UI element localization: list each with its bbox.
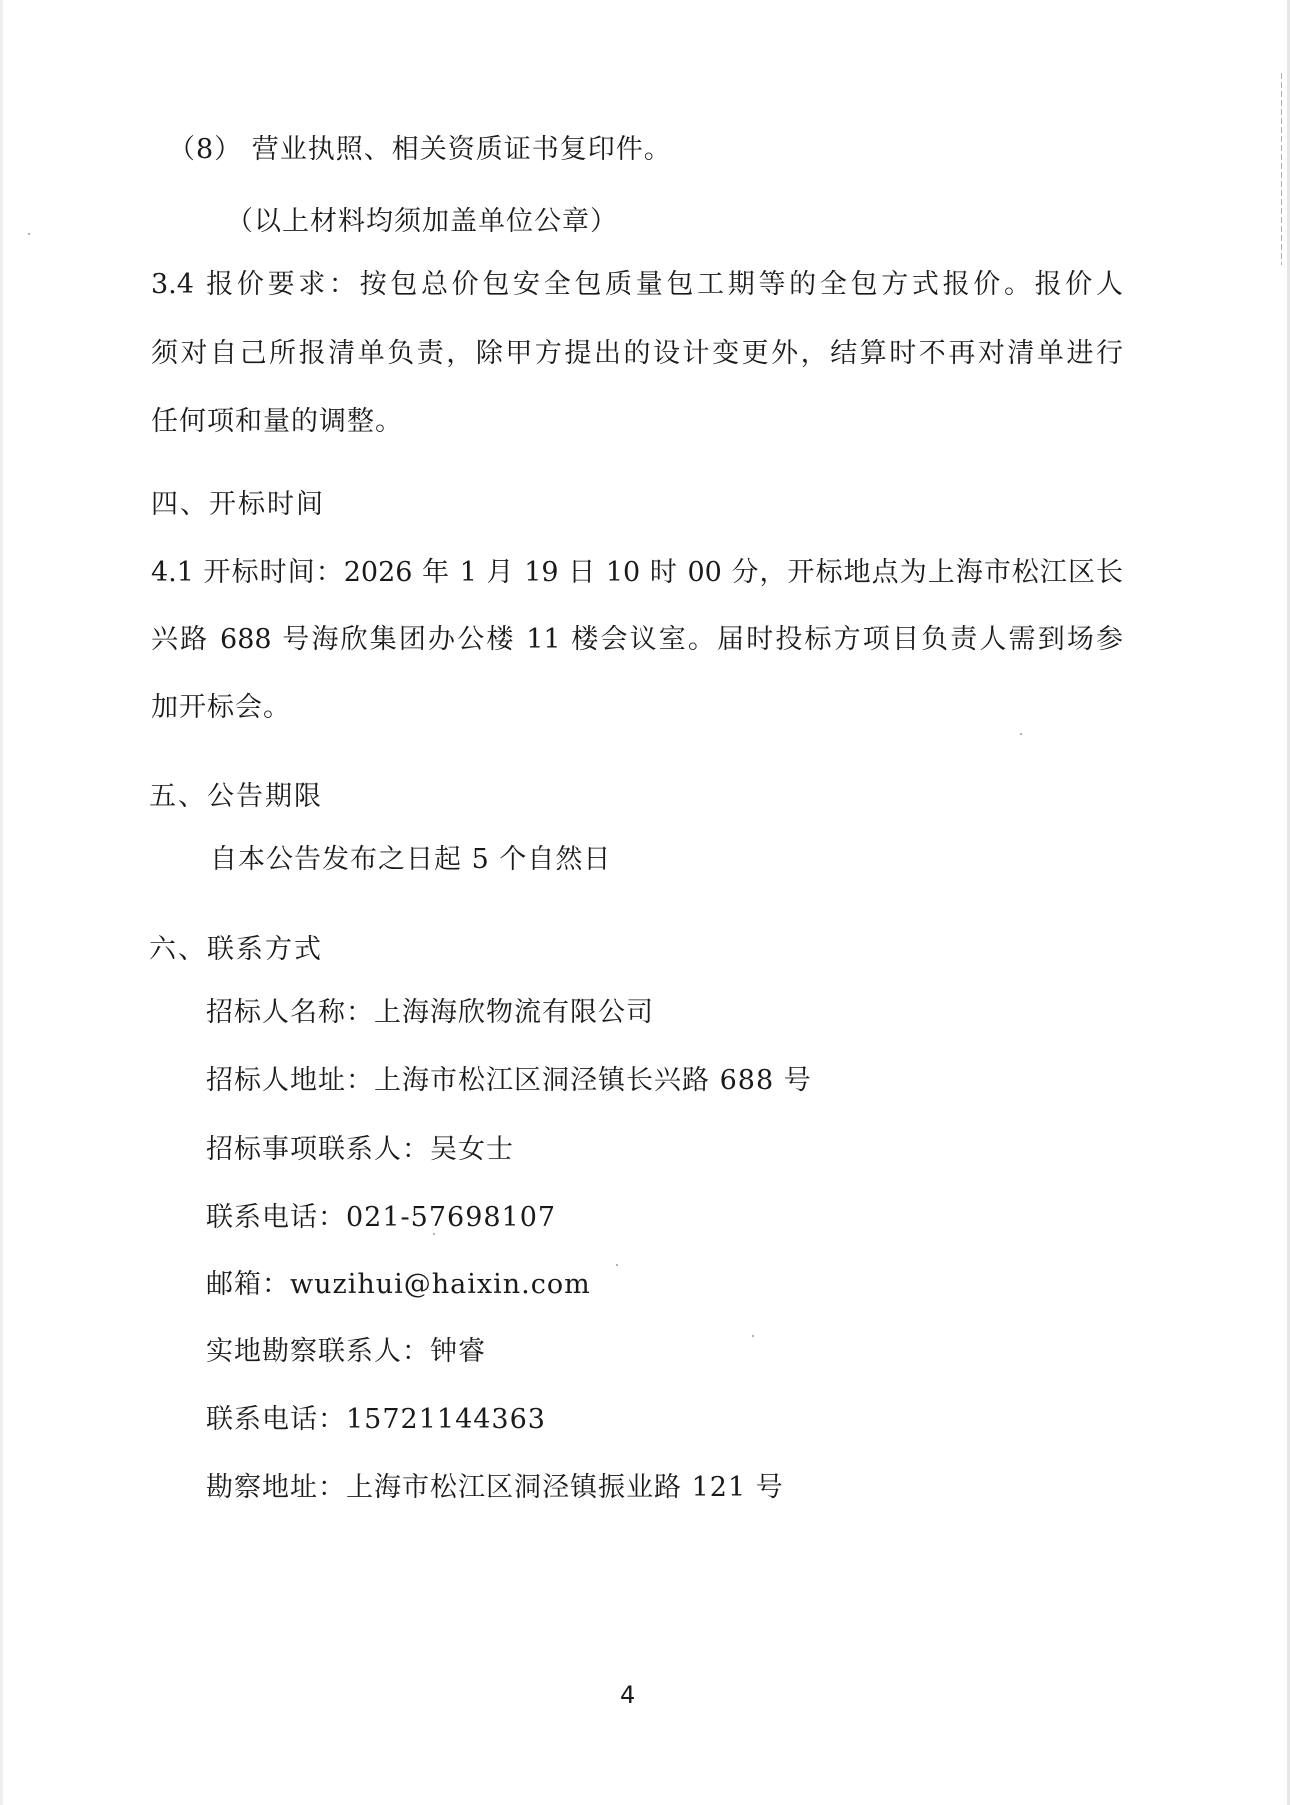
contact-label: 实地勘察联系人： (206, 1336, 430, 1367)
contact-value: 021-57698107 (346, 1202, 556, 1233)
section-4-line-2: 兴路 688 号海欣集团办公楼 11 楼会议室。届时投标方项目负责人需到场参 (151, 623, 1123, 657)
contact-row-bidder-name: 招标人名称：上海海欣物流有限公司 (206, 996, 654, 1030)
contact-value: 上海海欣物流有限公司 (374, 997, 654, 1028)
contact-label: 招标人名称： (206, 997, 374, 1028)
contact-row-tender-phone: 联系电话：021-57698107 (206, 1201, 556, 1235)
contact-label: 勘察地址： (206, 1472, 346, 1503)
section-6-heading: 六、联系方式 (149, 933, 323, 967)
contact-value: 钟睿 (430, 1336, 486, 1367)
scan-speck (616, 1264, 618, 1266)
materials-item-8: （8） 营业执照、相关资质证书复印件。 (168, 133, 672, 167)
scan-speck (752, 1335, 754, 1337)
scan-speck (28, 233, 30, 235)
contact-value: 15721144363 (346, 1404, 546, 1435)
contact-value: wuzihui@haixin.com (290, 1269, 591, 1300)
section-5-body: 自本公告发布之日起 5 个自然日 (210, 843, 611, 877)
contact-row-survey-address: 勘察地址：上海市松江区洞泾镇振业路 121 号 (206, 1471, 784, 1505)
section-5-heading: 五、公告期限 (149, 780, 323, 814)
scan-speck (1020, 733, 1022, 735)
contact-value: 吴女士 (430, 1134, 514, 1165)
contact-row-bidder-address: 招标人地址：上海市松江区洞泾镇长兴路 688 号 (206, 1064, 812, 1098)
contact-row-tender-contact: 招标事项联系人：吴女士 (206, 1133, 514, 1167)
contact-value: 上海市松江区洞泾镇长兴路 688 号 (374, 1065, 812, 1096)
materials-stamp-note: （以上材料均须加盖单位公章） (226, 205, 618, 239)
contact-label: 招标事项联系人： (206, 1134, 430, 1165)
contact-row-email: 邮箱：wuzihui@haixin.com (206, 1268, 591, 1302)
contact-label: 联系电话： (206, 1404, 346, 1435)
section-3-4-line-1: 3.4 报价要求：按包总价包安全包质量包工期等的全包方式报价。报价人 (151, 268, 1123, 302)
section-4-heading: 四、开标时间 (151, 488, 325, 522)
section-4-line-1: 4.1 开标时间：2026 年 1 月 19 日 10 时 00 分，开标地点为… (151, 556, 1123, 590)
scan-artifact-line (1281, 73, 1282, 265)
contact-row-survey-contact: 实地勘察联系人：钟睿 (206, 1335, 486, 1369)
section-3-4-line-2: 须对自己所报清单负责，除甲方提出的设计变更外，结算时不再对清单进行 (151, 337, 1123, 371)
section-3-4-line-3: 任何项和量的调整。 (151, 405, 403, 439)
scan-edge-left (0, 0, 3, 1805)
contact-label: 联系电话： (206, 1202, 346, 1233)
page-number: 4 (620, 1680, 635, 1710)
section-4-line-3: 加开标会。 (151, 691, 291, 725)
contact-label: 招标人地址： (206, 1065, 374, 1096)
contact-row-survey-phone: 联系电话：15721144363 (206, 1403, 546, 1437)
contact-value: 上海市松江区洞泾镇振业路 121 号 (346, 1472, 784, 1503)
contact-label: 邮箱： (206, 1269, 290, 1300)
